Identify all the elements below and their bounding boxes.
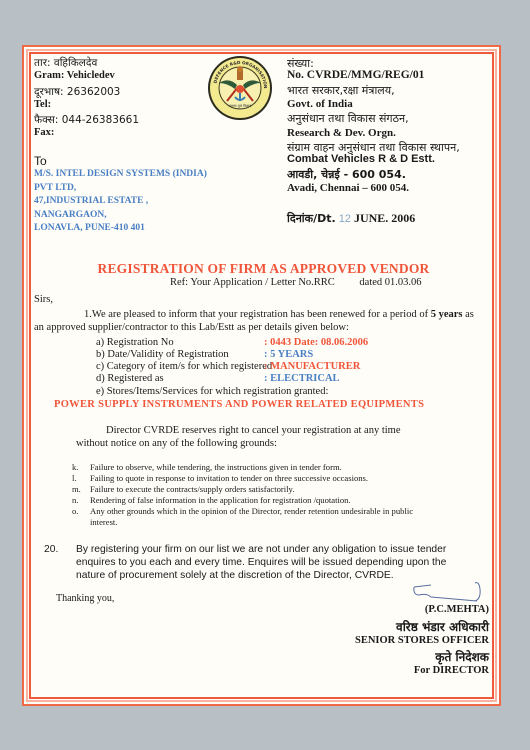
ground-marker: l. xyxy=(72,473,77,483)
para20-line: enquires to you each and every time. Enq… xyxy=(76,556,446,569)
paragraph-20-number: 20. xyxy=(44,543,58,556)
svg-text:DEFENCE R&D ORGANISATION: DEFENCE R&D ORGANISATION xyxy=(212,60,268,89)
for-director: For DIRECTOR xyxy=(414,665,489,676)
detail-value: : MANUFACTURER xyxy=(264,361,360,372)
paragraph-1-line-2: an approved supplier/contractor to this … xyxy=(34,322,349,333)
rnd-english: Research & Dev. Orgn. xyxy=(287,127,396,139)
telegram-hindi: तार: वहिकिलदेव xyxy=(34,56,97,70)
letter-page: तार: वहिकिलदेव Gram: Vehicledev दूरभाष: … xyxy=(22,45,501,706)
paragraph-1: 1.We are pleased to inform that your reg… xyxy=(84,309,474,320)
telegram-english: Gram: Vehicledev xyxy=(34,70,115,81)
number-hindi: संख्या: xyxy=(287,56,314,71)
address-line: PVT LTD, xyxy=(34,182,207,196)
para20-line: By registering your firm on our list we … xyxy=(76,543,446,556)
recipient-address: M/S. INTEL DESIGN SYSTEMS (INDIA) PVT LT… xyxy=(34,168,207,236)
detail-label: c) Category of item/s for which register… xyxy=(96,361,272,372)
date-label: दिनांक/Dt. xyxy=(287,212,336,225)
ground-marker: k. xyxy=(72,462,78,472)
phone-hindi: दूरभाष: 26362003 xyxy=(34,85,120,99)
detail-label: a) Registration No xyxy=(96,337,174,348)
detail-label: b) Date/Validity of Registration xyxy=(96,349,229,360)
ground-item: interest. xyxy=(90,517,117,527)
address-line: M/S. INTEL DESIGN SYSTEMS (INDIA) xyxy=(34,168,207,182)
para1-text: 1.We are pleased to inform that your reg… xyxy=(84,309,431,320)
salutation: Sirs, xyxy=(34,294,53,305)
letter-date: दिनांक/Dt. 12 JUNE. 2006 xyxy=(287,211,415,226)
para1-text-end: as xyxy=(463,309,474,320)
ground-marker: m. xyxy=(72,484,81,494)
city-hindi: आवडी, चेन्नई - 600 054. xyxy=(287,167,406,182)
estt-english: Combat Vehicles R & D Estt. xyxy=(287,153,435,165)
ground-item: Any other grounds which in the opinion o… xyxy=(90,506,413,516)
city-english: Avadi, Chennai – 600 054. xyxy=(287,182,409,194)
govt-english: Govt. of India xyxy=(287,98,353,110)
para20-line: nature of procurement solely at the disc… xyxy=(76,569,446,582)
cancel-line-1: Director CVRDE reserves right to cancel … xyxy=(106,425,401,436)
for-director-hindi: कृते निदेशक xyxy=(435,648,489,665)
address-line: NANGARGAON, xyxy=(34,209,207,223)
date-day-handwritten: 12 xyxy=(339,213,351,225)
ground-item: Failure to observe, while tendering, the… xyxy=(90,462,342,472)
ground-item: Failure to execute the contracts/supply … xyxy=(90,484,294,494)
closing: Thanking you, xyxy=(56,593,114,604)
to-label: To xyxy=(34,154,47,168)
govt-hindi: भारत सरकार,रक्षा मंत्रालय, xyxy=(287,83,395,98)
svg-text:बलस्य मूलं विज्ञानं: बलस्य मूलं विज्ञानं xyxy=(229,103,251,108)
detail-value: : 5 YEARS xyxy=(264,349,313,360)
detail-label: e) Stores/Items/Services for which regis… xyxy=(96,386,328,397)
drdo-emblem-icon: बलस्य मूलं विज्ञानं DEFENCE R&D ORGANISA… xyxy=(207,55,273,121)
signatory-title: SENIOR STORES OFFICER xyxy=(355,635,489,646)
items-granted: POWER SUPPLY INSTRUMENTS AND POWER RELAT… xyxy=(54,399,424,410)
estt-hindi: संग्राम वाहन अनुसंधान तथा विकास स्थापन, xyxy=(287,140,460,155)
detail-value: : 0443 Date: 08.06.2006 xyxy=(264,337,368,348)
paragraph-20: By registering your firm on our list we … xyxy=(76,543,446,582)
signature-scribble-icon xyxy=(409,579,489,609)
letter-title: REGISTRATION OF FIRM AS APPROVED VENDOR xyxy=(24,261,503,277)
ground-item: Rendering of false information in the ap… xyxy=(90,495,351,505)
signatory-name: (P.C.MEHTA) xyxy=(425,604,489,615)
date-month-year: JUNE. 2006 xyxy=(354,211,415,225)
reference-line: Ref: Your Application / Letter No.RRC da… xyxy=(170,277,422,288)
reference-number: No. CVRDE/MMG/REG/01 xyxy=(287,69,424,81)
ground-marker: n. xyxy=(72,495,78,505)
reference-date: dated 01.03.06 xyxy=(359,277,421,288)
rnd-hindi: अनुसंधान तथा विकास संगठन, xyxy=(287,111,409,126)
fax-english: Fax: xyxy=(34,127,54,138)
ground-item: Failing to quote in response to invitati… xyxy=(90,473,368,483)
fax-hindi: फैक्स: 044-26383661 xyxy=(34,113,139,127)
address-line: 47,INDUSTRIAL ESTATE , xyxy=(34,195,207,209)
signatory-title-hindi: वरिष्ठ भंडार अधिकारी xyxy=(396,618,489,635)
para1-period: 5 years xyxy=(431,309,463,320)
reference-text: Ref: Your Application / Letter No.RRC xyxy=(170,277,335,288)
cancel-line-2: without notice on any of the following g… xyxy=(76,438,277,449)
detail-label: d) Registered as xyxy=(96,373,164,384)
address-line: LONAVLA, PUNE-410 401 xyxy=(34,222,207,236)
detail-value: : ELECTRICAL xyxy=(264,373,340,384)
phone-english: Tel: xyxy=(34,99,51,110)
ground-marker: o. xyxy=(72,506,78,516)
